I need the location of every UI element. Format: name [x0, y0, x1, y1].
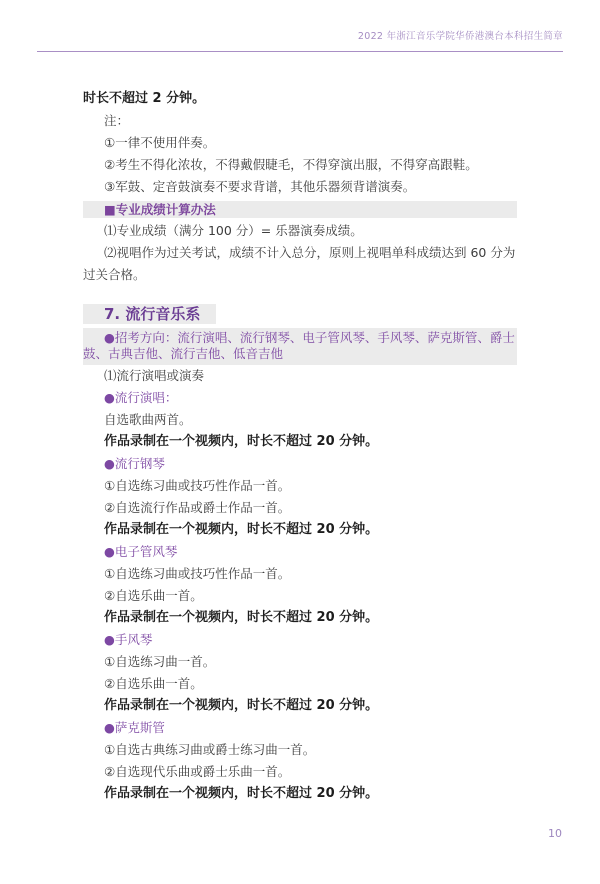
body-line: 作品录制在一个视频内，时长不超过 20 分钟。 [83, 607, 517, 629]
body-line: ⑴流行演唱或演奏 [83, 365, 517, 387]
body-line: 时长不超过 2 分钟。 [83, 88, 517, 110]
body-line: ●手风琴 [83, 629, 517, 651]
body-line: 作品录制在一个视频内，时长不超过 20 分钟。 [83, 431, 517, 453]
admission-directions: ●招考方向：流行演唱、流行钢琴、电子管风琴、手风琴、萨克斯管、爵士鼓、古典吉他、… [83, 328, 517, 365]
body-line: ●电子管风琴 [83, 541, 517, 563]
body-line: ①自选古典练习曲或爵士练习曲一首。 [83, 739, 517, 761]
body-line: 注： [83, 110, 517, 132]
body-line: ③军鼓、定音鼓演奏不要求背谱，其他乐器须背谱演奏。 [83, 176, 517, 198]
body-line: 自选歌曲两首。 [83, 409, 517, 431]
body-line: ●流行演唱： [83, 387, 517, 409]
body-line: ②自选流行作品或爵士作品一首。 [83, 497, 517, 519]
body-line: 作品录制在一个视频内，时长不超过 20 分钟。 [83, 519, 517, 541]
body-line: ②自选乐曲一首。 [83, 673, 517, 695]
body-line: ①自选练习曲一首。 [83, 651, 517, 673]
page-number: 10 [548, 827, 562, 840]
body-line: 作品录制在一个视频内，时长不超过 20 分钟。 [83, 695, 517, 717]
body-line: 作品录制在一个视频内，时长不超过 20 分钟。 [83, 783, 517, 805]
body-line: ①自选练习曲或技巧性作品一首。 [83, 475, 517, 497]
body-line: ⑵视唱作为过关考试，成绩不计入总分，原则上视唱单科成绩达到 60 分为过关合格。 [83, 242, 517, 286]
section-title: 7. 流行音乐系 [83, 304, 216, 324]
page-header: 2022 年浙江音乐学院华侨港澳台本科招生简章 [37, 28, 563, 52]
body-line: ①自选练习曲或技巧性作品一首。 [83, 563, 517, 585]
body-line: ①一律不使用伴奏。 [83, 132, 517, 154]
score-method-bar: ■专业成绩计算办法 [83, 201, 517, 218]
body-line: ●萨克斯管 [83, 717, 517, 739]
body-line: ●流行钢琴 [83, 453, 517, 475]
body-line: ②自选乐曲一首。 [83, 585, 517, 607]
body-line: ②自选现代乐曲或爵士乐曲一首。 [83, 761, 517, 783]
body-line: ②考生不得化浓妆，不得戴假睫毛，不得穿演出服，不得穿高跟鞋。 [83, 154, 517, 176]
document-page: { "header": { "title": "2022 年浙江音乐学院华侨港澳… [0, 0, 600, 884]
body-line: ⑴专业成绩（满分 100 分）= 乐器演奏成绩。 [83, 220, 517, 242]
page-body: 时长不超过 2 分钟。 注： ①一律不使用伴奏。 ②考生不得化浓妆，不得戴假睫毛… [83, 88, 517, 805]
header-title: 2022 年浙江音乐学院华侨港澳台本科招生简章 [358, 31, 563, 42]
